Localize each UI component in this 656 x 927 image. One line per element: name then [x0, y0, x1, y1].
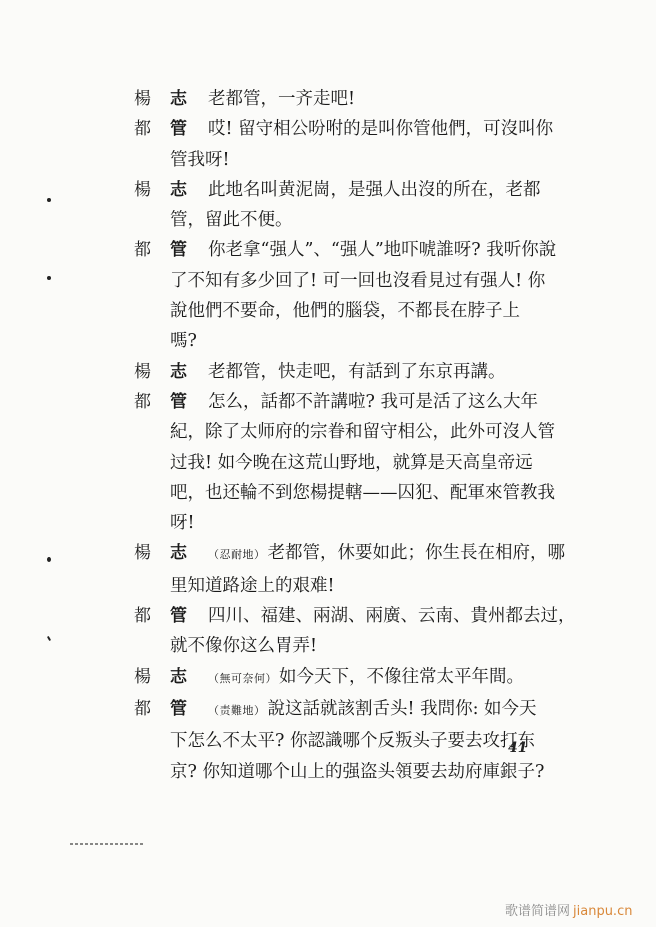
speech-line: （责難地）說这話就該割舌头! 我問你: 如今天 — [208, 694, 564, 726]
speech-line: 四川、福建、兩湖、兩廣、云南、貴州都去过， — [208, 601, 576, 631]
watermark-domain: jianpu.cn — [573, 904, 632, 919]
speech-text: 老都管，一齐走吧! — [170, 84, 564, 114]
speech-line: 此地名叫黄泥崗，是强人出沒的所在，老都 — [208, 175, 564, 205]
speech-line-text: 說这話就該割舌头! 我問你: 如今天 — [268, 699, 537, 719]
speaker-char-1: 楊 — [134, 662, 170, 692]
stage-direction: （责難地） — [208, 704, 266, 717]
speech-text: （责難地）說这話就該割舌头! 我問你: 如今天 下怎么不太平? 你認識哪个反叛头… — [170, 694, 564, 787]
speech-line: 呀! — [170, 508, 564, 538]
speech-line: 就不像你这么胃弄! — [170, 631, 576, 661]
speech-text: 此地名叫黄泥崗，是强人出沒的所在，老都 管，留此不便。 — [170, 175, 564, 236]
speech-text: 老都管，快走吧，有話到了东京再講。 — [170, 357, 564, 387]
page-number: 41 — [508, 740, 527, 756]
scan-smudge — [70, 843, 145, 845]
watermark: 歌谱简谱网jianpu.cn — [505, 900, 632, 919]
dialogue-turn: 都 管 四川、福建、兩湖、兩廣、云南、貴州都去过， 就不像你这么胃弄! — [134, 601, 564, 662]
speech-line: 怎么，話都不許講啦? 我可是活了这么大年 — [208, 387, 564, 417]
speech-line: 老都管，快走吧，有話到了东京再講。 — [208, 357, 564, 387]
speech-line: 了不知有多少回了! 可一回也沒看見过有强人! 你 — [170, 266, 564, 296]
dialogue-block: 楊 志 老都管，一齐走吧! 都 管 哎! 留守相公吩咐的是叫你管他們，可沒叫你 … — [134, 84, 564, 787]
speech-line-text: 如今天下，不像往常太平年間。 — [279, 667, 524, 687]
speech-text: 四川、福建、兩湖、兩廣、云南、貴州都去过， 就不像你这么胃弄! — [170, 601, 576, 662]
speech-line: 老都管，一齐走吧! — [208, 84, 564, 114]
dialogue-turn: 楊 志 （忍耐地）老都管，休要如此；你生長在相府，哪 里知道路途上的艰难! — [134, 538, 564, 601]
speaker-char-1: 都 — [134, 601, 170, 631]
speech-line: 里知道路途上的艰难! — [170, 571, 565, 601]
speech-line-text: 老都管，休要如此；你生長在相府，哪 — [268, 543, 566, 563]
dialogue-turn: 都 管 你老拿“强人”、“强人”地吓唬誰呀? 我听你說 了不知有多少回了! 可一… — [134, 235, 564, 356]
speech-line: 哎! 留守相公吩咐的是叫你管他們，可沒叫你 — [208, 114, 564, 144]
speech-line: 下怎么不太平? 你認識哪个反叛头子要去攻打东 — [170, 726, 564, 756]
speaker-char-1: 都 — [134, 114, 170, 144]
speech-line: 京? 你知道哪个山上的强盗头領要去劫府庫銀子? — [170, 757, 564, 787]
scanned-page: 楊 志 老都管，一齐走吧! 都 管 哎! 留守相公吩咐的是叫你管他們，可沒叫你 … — [0, 0, 656, 927]
dialogue-turn: 楊 志 此地名叫黄泥崗，是强人出沒的所在，老都 管，留此不便。 — [134, 175, 564, 236]
scan-speck — [47, 198, 51, 202]
scan-speck — [47, 636, 51, 641]
speech-line: 紀，除了太师府的宗眷和留守相公，此外可沒人管 — [170, 417, 564, 447]
speech-line: 說他們不要命，他們的腦袋，不都長在脖子上 — [170, 296, 564, 326]
watermark-site-name: 歌谱简谱网 — [505, 904, 570, 919]
speech-line: （忍耐地）老都管，休要如此；你生長在相府，哪 — [208, 538, 565, 570]
speech-line: 管，留此不便。 — [170, 205, 564, 235]
speech-text: （無可奈何）如今天下，不像往常太平年間。 — [170, 662, 564, 694]
speech-line: 嗎? — [170, 326, 564, 356]
speech-line: （無可奈何）如今天下，不像往常太平年間。 — [208, 662, 564, 694]
speech-line: 你老拿“强人”、“强人”地吓唬誰呀? 我听你說 — [208, 235, 564, 265]
speaker-char-1: 楊 — [134, 357, 170, 387]
speaker-char-1: 都 — [134, 694, 170, 724]
speech-line: 过我! 如今晚在这荒山野地，就算是天高皇帝远 — [170, 448, 564, 478]
dialogue-turn: 都 管 （责難地）說这話就該割舌头! 我問你: 如今天 下怎么不太平? 你認識哪… — [134, 694, 564, 787]
speech-text: 你老拿“强人”、“强人”地吓唬誰呀? 我听你說 了不知有多少回了! 可一回也沒看… — [170, 235, 564, 356]
speaker-char-1: 楊 — [134, 84, 170, 114]
dialogue-turn: 都 管 怎么，話都不許講啦? 我可是活了这么大年 紀，除了太师府的宗眷和留守相公… — [134, 387, 564, 538]
speech-text: 怎么，話都不許講啦? 我可是活了这么大年 紀，除了太师府的宗眷和留守相公，此外可… — [170, 387, 564, 538]
scan-speck — [47, 276, 51, 280]
stage-direction: （無可奈何） — [208, 672, 277, 685]
speaker-char-1: 楊 — [134, 175, 170, 205]
stage-direction: （忍耐地） — [208, 548, 266, 561]
speech-text: 哎! 留守相公吩咐的是叫你管他們，可沒叫你 管我呀! — [170, 114, 564, 175]
dialogue-turn: 楊 志 老都管，快走吧，有話到了东京再講。 — [134, 357, 564, 387]
speech-line: 管我呀! — [170, 145, 564, 175]
dialogue-turn: 楊 志 （無可奈何）如今天下，不像往常太平年間。 — [134, 662, 564, 694]
speech-text: （忍耐地）老都管，休要如此；你生長在相府，哪 里知道路途上的艰难! — [170, 538, 565, 601]
dialogue-turn: 楊 志 老都管，一齐走吧! — [134, 84, 564, 114]
speaker-char-1: 都 — [134, 387, 170, 417]
scan-speck — [47, 557, 51, 562]
speaker-char-1: 楊 — [134, 538, 170, 568]
speaker-char-1: 都 — [134, 235, 170, 265]
speech-line: 吧，也还輪不到您楊提轄——囚犯、配軍來管教我 — [170, 478, 564, 508]
dialogue-turn: 都 管 哎! 留守相公吩咐的是叫你管他們，可沒叫你 管我呀! — [134, 114, 564, 175]
